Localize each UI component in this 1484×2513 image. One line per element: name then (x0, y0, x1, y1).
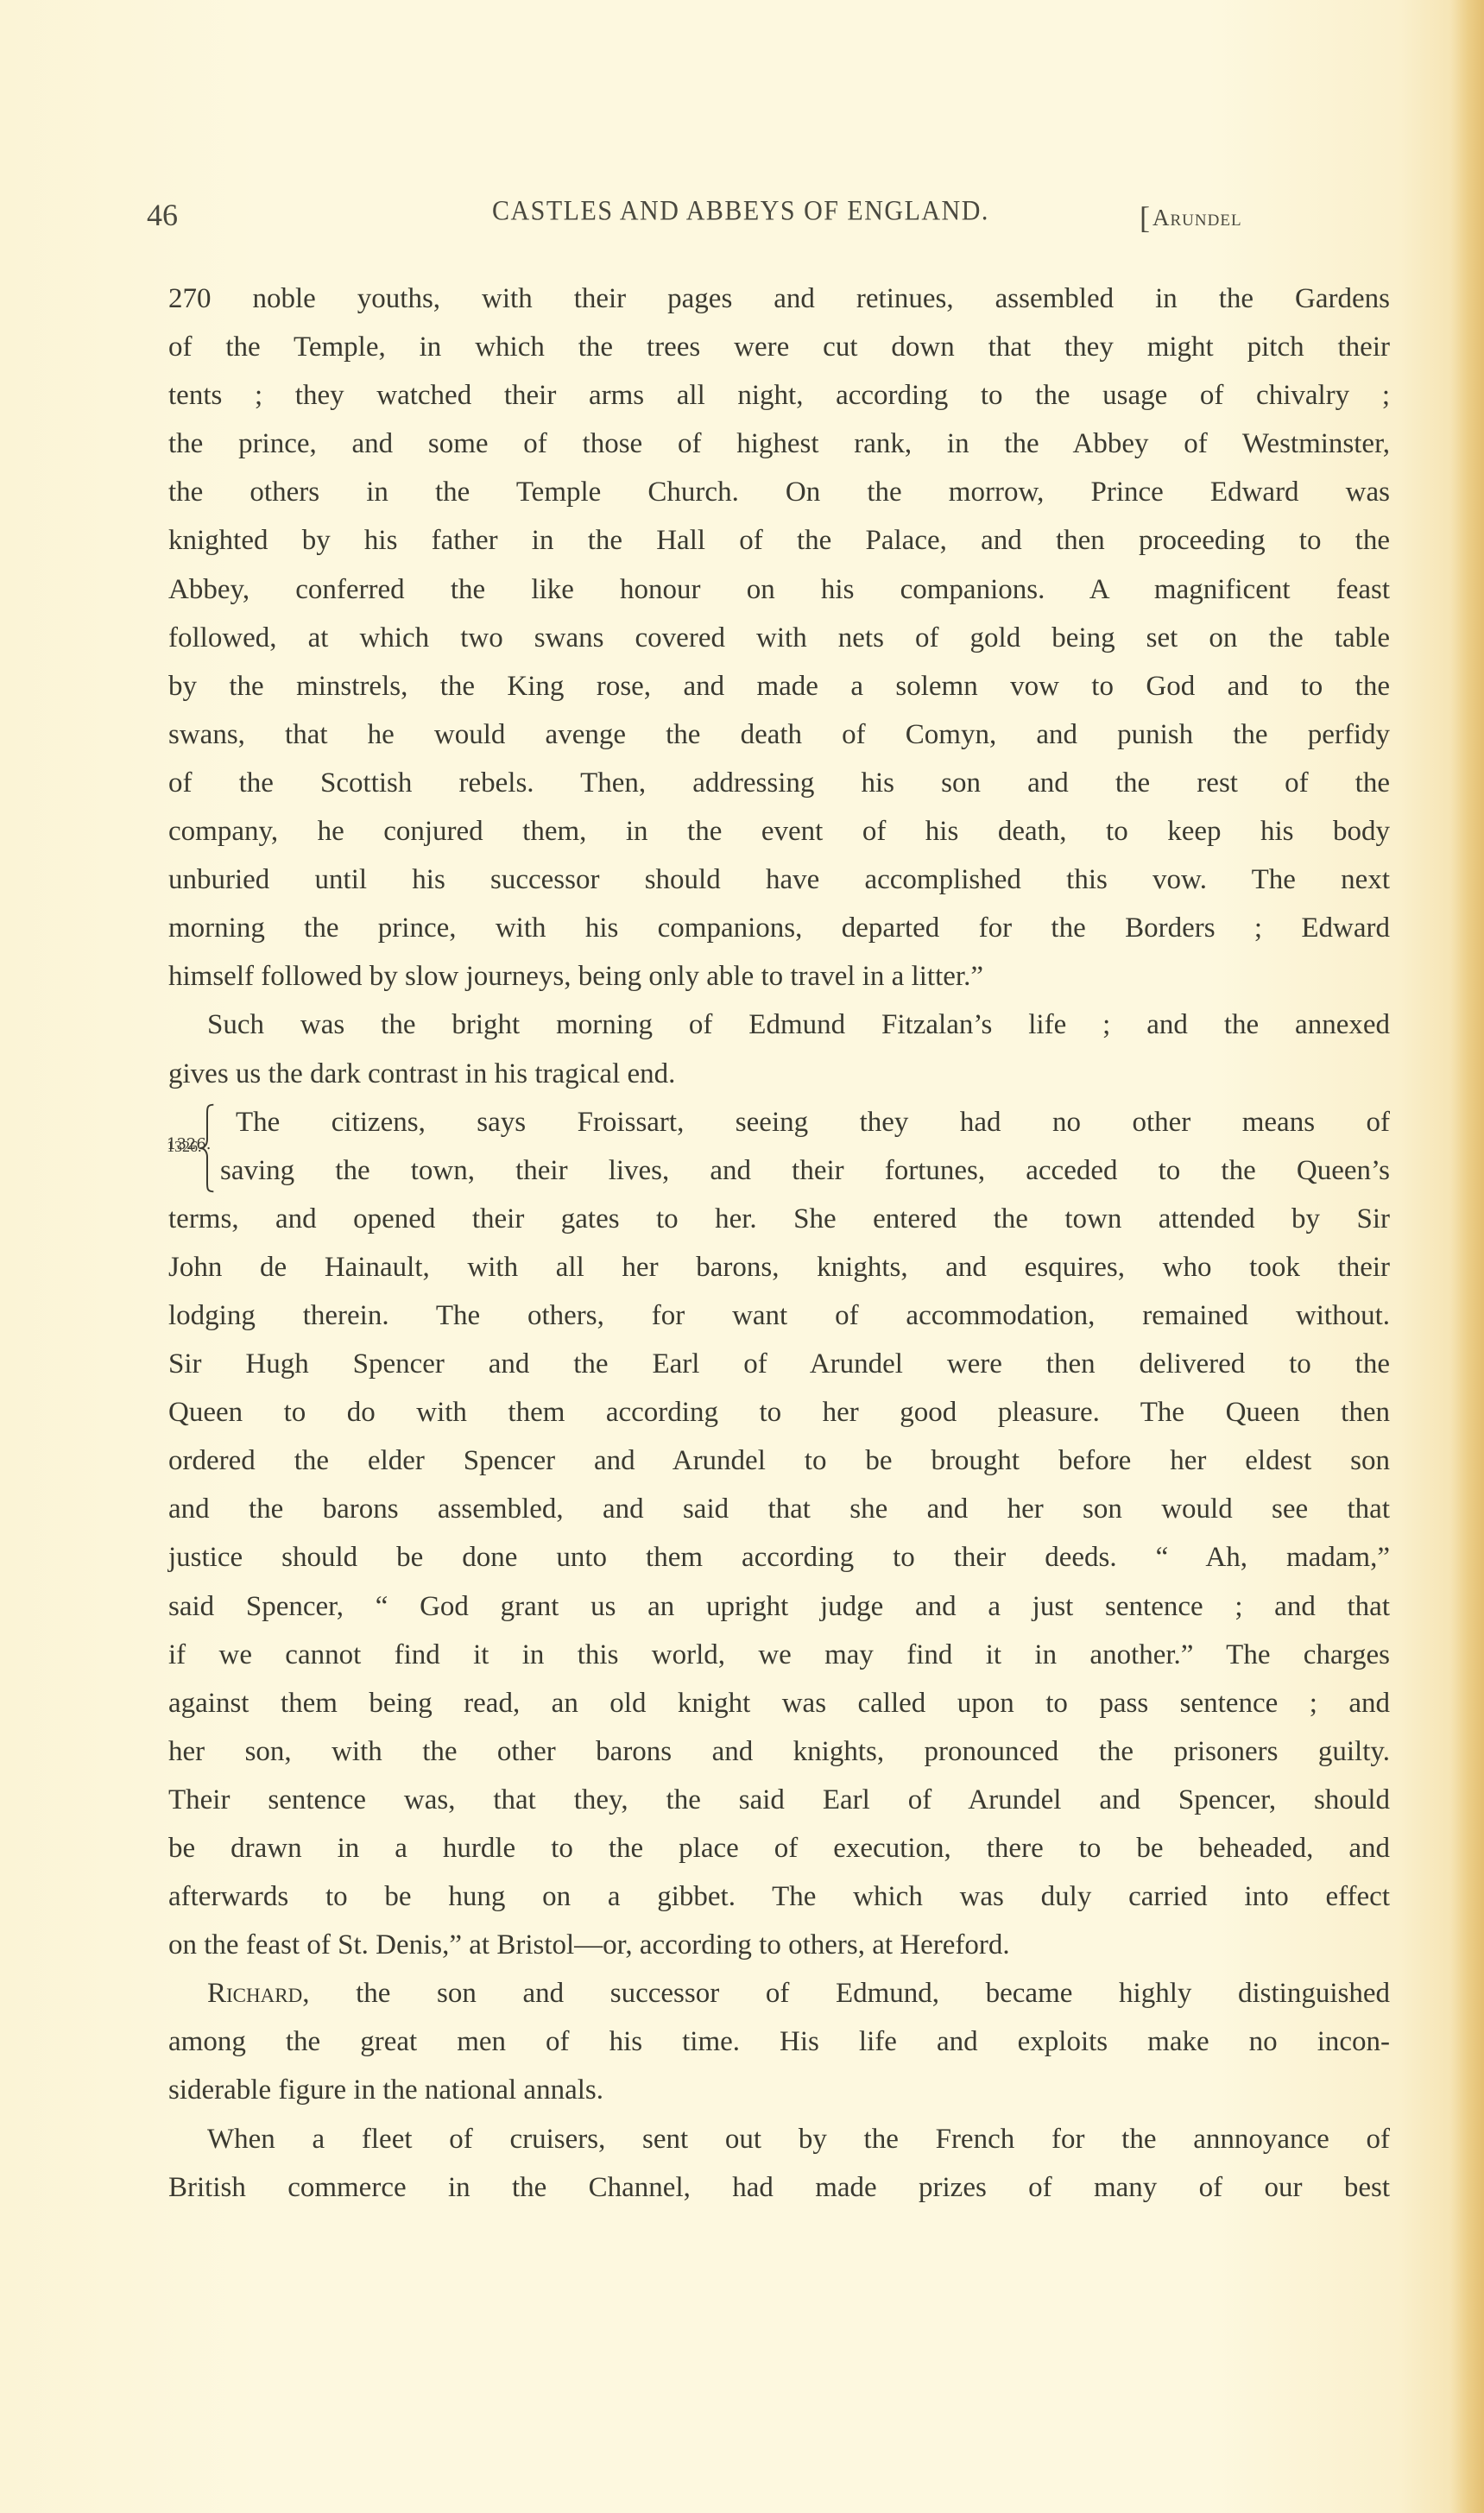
text-line: John de Hainault, with all her barons, k… (168, 1243, 1390, 1291)
text-line: gives us the dark contrast in his tragic… (168, 1050, 1390, 1098)
text-line: saving the town, their lives, and their … (168, 1146, 1390, 1195)
book-page: 46 CASTLES AND ABBEYS OF ENGLAND. [Arund… (0, 0, 1484, 2513)
text-line: Such was the bright morning of Edmund Fi… (168, 1001, 1390, 1049)
text-line: against them being read, an old knight w… (168, 1679, 1390, 1727)
text-line: company, he conjured them, in the event … (168, 807, 1390, 856)
text-line: morning the prince, with his companions,… (168, 904, 1390, 952)
text-line: Abbey, conferred the like honour on his … (168, 565, 1390, 614)
text-line: British commerce in the Channel, had mad… (168, 2163, 1390, 2212)
text-line: be drawn in a hurdle to the place of exe… (168, 1824, 1390, 1872)
page-number: 46 (147, 197, 178, 233)
text-line: among the great men of his time. His lif… (168, 2017, 1390, 2066)
text-line: unburied until his successor should have… (168, 856, 1390, 904)
text-line: terms, and opened their gates to her. Sh… (168, 1195, 1390, 1243)
body-text: 1326. 270 noble youths, with their pages… (168, 275, 1390, 2212)
text-line: swans, that he would avenge the death of… (168, 710, 1390, 759)
section-bracket: [ (1140, 200, 1151, 235)
text-line: of the Temple, in which the trees were c… (168, 323, 1390, 371)
text-line: the prince, and some of those of highest… (168, 420, 1390, 468)
text-line: himself followed by slow journeys, being… (168, 952, 1390, 1001)
section-tag: [Arundel (1140, 197, 1242, 233)
text-line: Their sentence was, that they, the said … (168, 1776, 1390, 1824)
text-line: of the Scottish rebels. Then, addressing… (168, 759, 1390, 807)
text-line: lodging therein. The others, for want of… (168, 1291, 1390, 1340)
text-span: , the son and successor of Edmund, becam… (302, 1969, 1390, 2017)
text-line: by the minstrels, the King rose, and mad… (168, 662, 1390, 710)
text-line: said Spencer, “ God grant us an upright … (168, 1582, 1390, 1631)
text-line: 270 noble youths, with their pages and r… (168, 275, 1390, 323)
text-line: ordered the elder Spencer and Arundel to… (168, 1436, 1390, 1485)
text-line: justice should be done unto them accordi… (168, 1533, 1390, 1582)
text-line: Richard, the son and successor of Edmund… (168, 1969, 1390, 2017)
section-tag-label: Arundel (1152, 205, 1242, 230)
curly-brace-icon (198, 1103, 217, 1193)
text-line: and the barons assembled, and said that … (168, 1485, 1390, 1533)
dated-passage: 1326. The citizens, says Froissart, seei… (168, 1098, 1390, 1195)
text-line: if we cannot find it in this world, we m… (168, 1631, 1390, 1679)
text-line: the others in the Temple Church. On the … (168, 468, 1390, 516)
text-line: Queen to do with them according to her g… (168, 1388, 1390, 1436)
text-line: followed, at which two swans covered wit… (168, 614, 1390, 662)
name-richard: Richard (207, 1969, 302, 2017)
text-line: When a fleet of cruisers, sent out by th… (168, 2115, 1390, 2163)
text-line: her son, with the other barons and knigh… (168, 1727, 1390, 1776)
running-title: CASTLES AND ABBEYS OF ENGLAND. (492, 196, 989, 228)
text-line: knighted by his father in the Hall of th… (168, 516, 1390, 565)
text-line: on the feast of St. Denis,” at Bristol—o… (168, 1921, 1390, 1969)
text-line: The citizens, says Froissart, seeing the… (168, 1098, 1390, 1146)
text-line: tents ; they watched their arms all nigh… (168, 371, 1390, 420)
text-line: siderable figure in the national annals. (168, 2066, 1390, 2114)
running-head: 46 CASTLES AND ABBEYS OF ENGLAND. [Arund… (147, 192, 1399, 235)
text-line: afterwards to be hung on a gibbet. The w… (168, 1872, 1390, 1921)
text-line: Sir Hugh Spencer and the Earl of Arundel… (168, 1340, 1390, 1388)
